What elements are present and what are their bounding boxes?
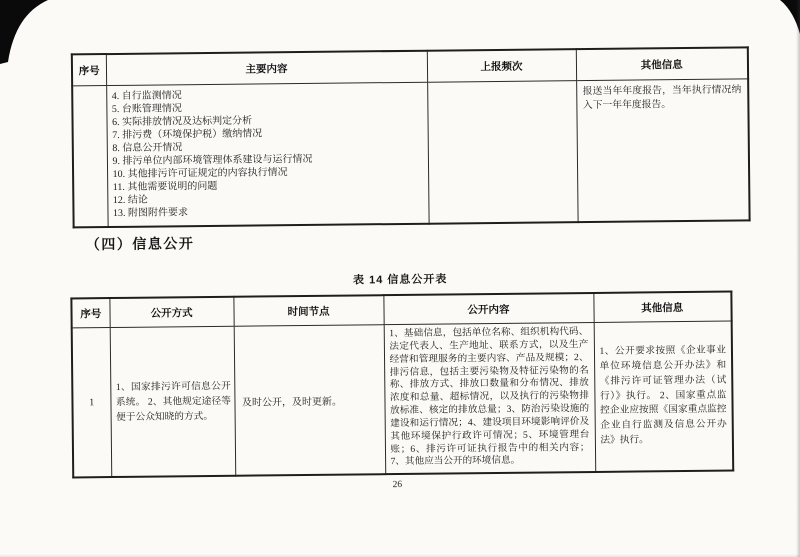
table2-cell-other-info: 1、公开要求按照《企业事业单位环境信息公开办法》和《排污许可证管理办法（试行）》… [594, 321, 734, 472]
table2-header-serial: 序号 [71, 298, 109, 328]
table2-header-method: 公开方式 [109, 297, 233, 328]
table1-header-frequency: 上报频次 [427, 49, 576, 82]
table2-cell-serial: 1 [72, 328, 112, 478]
table2-header-other-info: 其他信息 [593, 292, 731, 323]
table1-header-serial: 序号 [72, 54, 106, 86]
table1-body-row: 4. 自行监测情况 5. 台账管理情况 6. 实际排放情况及达标判定分析 7. … [72, 79, 749, 228]
table1-cell-main-content: 4. 自行监测情况 5. 台账管理情况 6. 实际排放情况及达标判定分析 7. … [106, 82, 428, 227]
table2-cell-timing: 及时公开，及时更新。 [234, 325, 386, 476]
table2-title: 表 14 信息公开表 [70, 268, 730, 291]
table2-header-timing: 时间节点 [233, 295, 383, 326]
table1-cell-serial [72, 86, 107, 228]
scanned-document-page: 序号 主要内容 上报频次 其他信息 4. 自行监测情况 5. 台账管理情况 6.… [0, 0, 800, 557]
table1-cell-frequency [427, 81, 577, 224]
table2-body-row: 1 1、国家排污许可信息公开系统。 2、其他规定途径等便于公众知晓的方式。 及时… [72, 321, 734, 477]
section-heading: （四）信息公开 [86, 233, 195, 254]
info-disclosure-table: 序号 公开方式 时间节点 公开内容 其他信息 1 1、国家排污许可信息公开系统。… [70, 291, 734, 479]
table1-header-other-info: 其他信息 [576, 47, 748, 80]
page-number: 26 [2, 476, 792, 494]
table1-cell-other-info: 报送当年年度报告，当年执行情况纳入下一年年度报告。 [576, 79, 749, 222]
table2-cell-method: 1、国家排污许可信息公开系统。 2、其他规定途径等便于公众知晓的方式。 [110, 326, 236, 477]
table1-header-main-content: 主要内容 [106, 51, 427, 86]
table2-header-content: 公开内容 [383, 293, 593, 325]
content-item: 13. 附图附件要求 [113, 204, 424, 220]
report-content-table: 序号 主要内容 上报频次 其他信息 4. 自行监测情况 5. 台账管理情况 6.… [71, 46, 751, 228]
page-content: 序号 主要内容 上报频次 其他信息 4. 自行监测情况 5. 台账管理情况 6.… [0, 0, 800, 557]
table2-cell-content: 1、基础信息，包括单位名称、组织机构代码、法定代表人、生产地址、联系方式，以及生… [384, 322, 596, 474]
